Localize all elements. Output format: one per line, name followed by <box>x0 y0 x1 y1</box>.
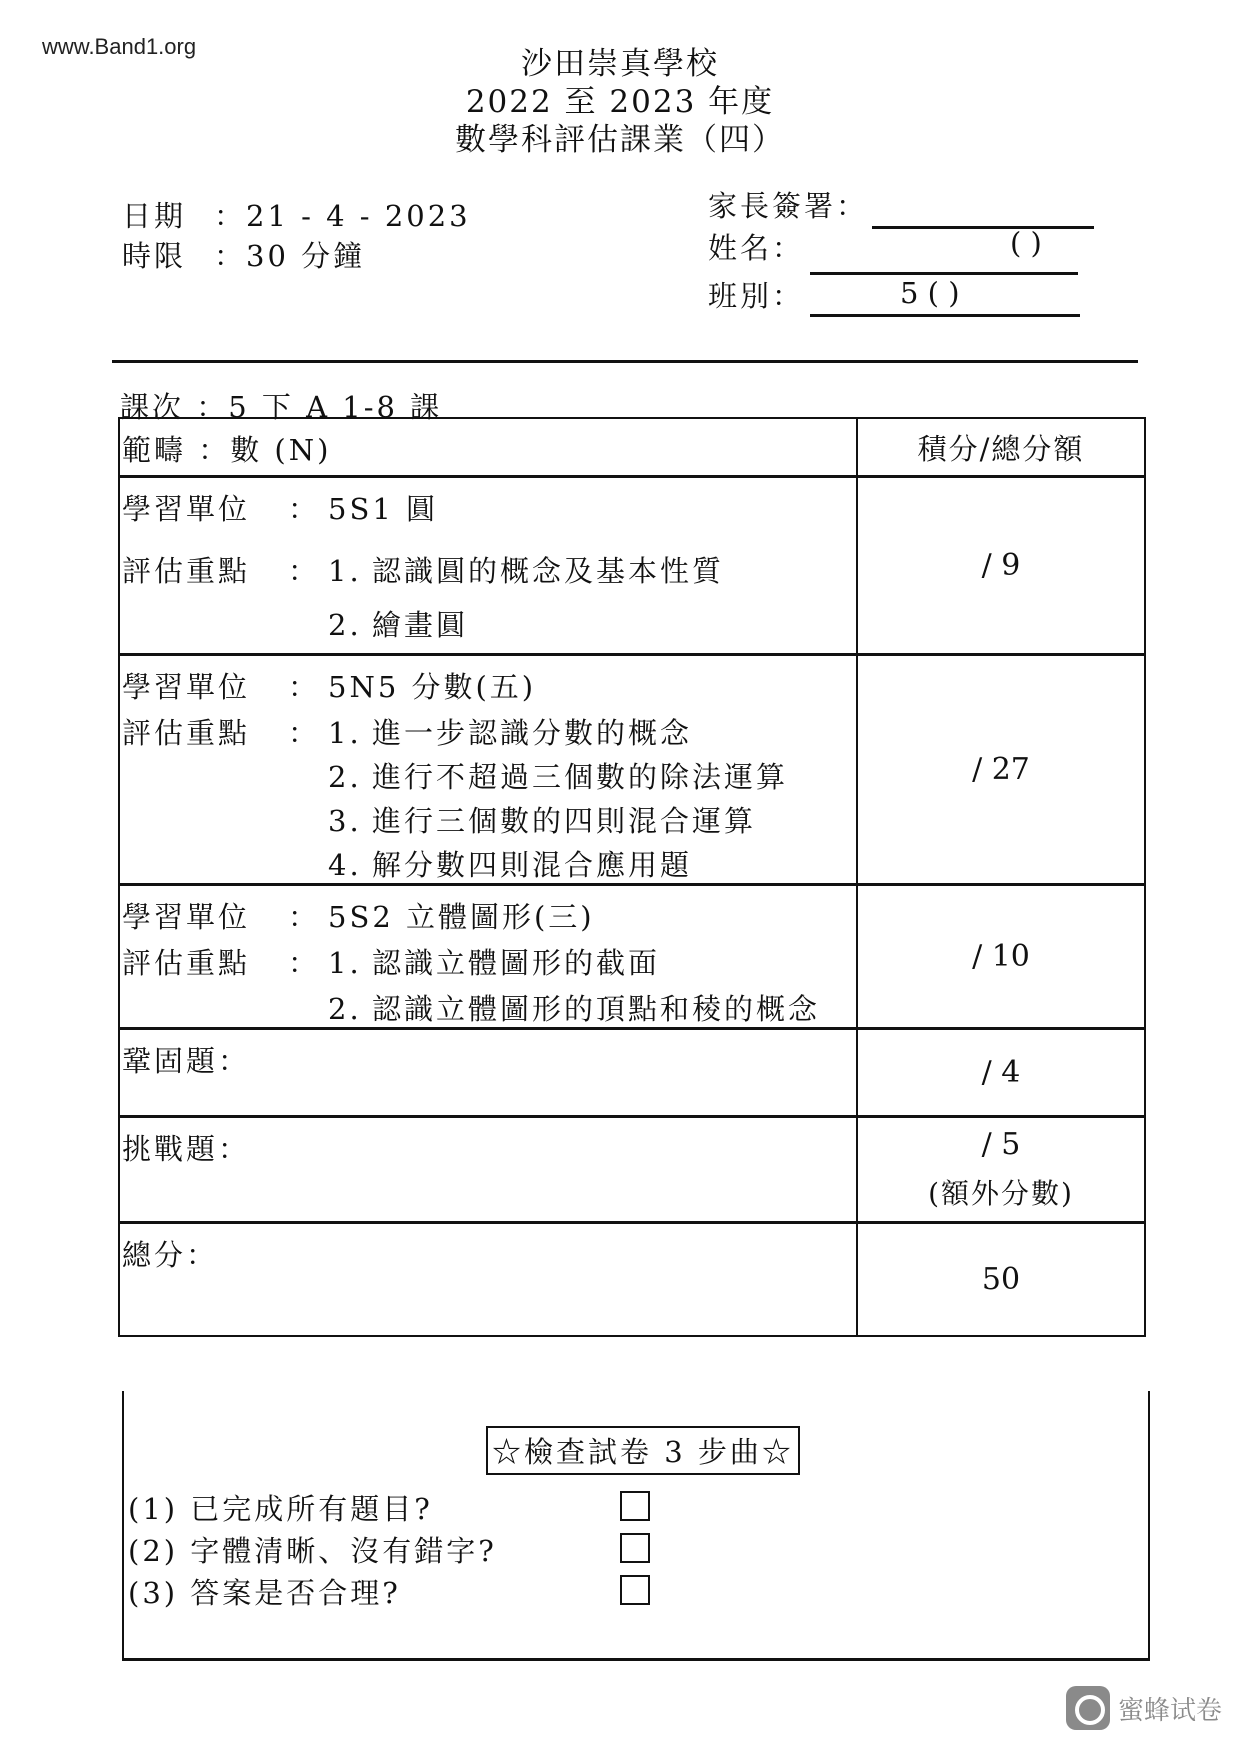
total-label: 總分： <box>122 1230 856 1284</box>
challenge-row: 挑戰題： / 5 (額外分數) <box>120 1115 1144 1221</box>
total-row: 總分： 50 <box>120 1221 1144 1335</box>
table-header-row: 範疇 ：數 (N) 積分/總分額 <box>120 419 1144 475</box>
consolidation-score: / 4 <box>858 1030 1144 1115</box>
checklist-item: (3) 答案是否合理? <box>128 1571 401 1612</box>
document-title: 數學科評估課業（四） <box>0 114 1240 159</box>
checkbox[interactable] <box>620 1575 650 1605</box>
challenge-cell: 挑戰題： <box>120 1118 858 1221</box>
focus-label: 評估重點 <box>122 546 288 596</box>
consolidation-label: 鞏固題： <box>122 1036 856 1090</box>
category-cell: 範疇 ：數 (N) <box>120 419 858 475</box>
challenge-label: 挑戰題： <box>122 1124 856 1178</box>
score-cell: / 9 <box>858 478 1144 653</box>
score-cell: / 27 <box>858 656 1144 883</box>
challenge-score-cell: / 5 (額外分數) <box>858 1118 1144 1221</box>
checklist-section: ☆檢查試卷 3 步曲☆ (1) 已完成所有題目? (2) 字體清晰、沒有錯字? … <box>122 1391 1150 1661</box>
focus-point: 進一步認識分數的概念 <box>372 716 692 750</box>
focus-label: 評估重點 <box>122 708 288 758</box>
total-cell: 總分： <box>120 1224 858 1335</box>
name-label: 姓名： <box>708 226 804 267</box>
unit-value: 5N5 分數(五) <box>328 670 536 704</box>
focus-point: 認識立體圖形的截面 <box>372 946 660 980</box>
total-score: 50 <box>858 1224 1144 1335</box>
class-label: 班別： <box>708 274 804 315</box>
date-label: 日期 <box>122 194 214 235</box>
watermark-text: 蜜蜂试卷 <box>1118 1690 1222 1727</box>
focus-label: 評估重點 <box>122 938 288 988</box>
table-row: 學習單位：5N5 分數(五) 評估重點：1.進一步認識分數的概念 2.進行不超過… <box>120 653 1144 883</box>
watermark-logo-icon <box>1066 1686 1110 1730</box>
time-row: 時限：30 分鐘 <box>122 234 365 275</box>
checkbox[interactable] <box>620 1491 650 1521</box>
table-row: 學習單位：5S1 圓 評估重點：1.認識圓的概念及基本性質 2.繪畫圓 / 9 <box>120 475 1144 653</box>
checklist-item: (1) 已完成所有題目? <box>128 1487 433 1528</box>
watermark: 蜜蜂试卷 <box>1066 1686 1222 1730</box>
focus-point: 進行不超過三個數的除法運算 <box>372 760 788 794</box>
focus-point: 認識立體圖形的頂點和稜的概念 <box>372 992 820 1026</box>
unit-label: 學習單位 <box>122 484 288 534</box>
unit-cell: 學習單位：5N5 分數(五) 評估重點：1.進一步認識分數的概念 2.進行不超過… <box>120 656 858 883</box>
parent-sign-label: 家長簽署： <box>708 184 868 225</box>
unit-value: 5S2 立體圖形(三) <box>328 900 595 934</box>
focus-point: 進行三個數的四則混合運算 <box>372 804 756 838</box>
checklist-item: (2) 字體清晰、沒有錯字? <box>128 1529 497 1570</box>
date-row: 日期：21 - 4 - 2023 <box>122 194 471 235</box>
parent-sign-field[interactable] <box>872 226 1094 229</box>
consolidation-row: 鞏固題： / 4 <box>120 1027 1144 1115</box>
divider <box>112 360 1138 363</box>
consolidation-cell: 鞏固題： <box>120 1030 858 1115</box>
name-value: ( ) <box>1010 226 1042 260</box>
time-label: 時限 <box>122 234 214 275</box>
category-label: 範疇 ：數 (N) <box>122 425 856 479</box>
assessment-table: 範疇 ：數 (N) 積分/總分額 學習單位：5S1 圓 評估重點：1.認識圓的概… <box>118 417 1146 1337</box>
focus-point: 認識圓的概念及基本性質 <box>372 554 724 588</box>
name-field[interactable] <box>810 272 1078 275</box>
unit-value: 5S1 圓 <box>328 492 438 526</box>
score-cell: / 10 <box>858 886 1144 1027</box>
checklist-title: ☆檢查試卷 3 步曲☆ <box>486 1426 800 1475</box>
class-field[interactable] <box>810 314 1080 317</box>
unit-cell: 學習單位：5S2 立體圖形(三) 評估重點：1.認識立體圖形的截面 2.認識立體… <box>120 886 858 1027</box>
unit-label: 學習單位 <box>122 892 288 942</box>
score-header: 積分/總分額 <box>858 419 1144 475</box>
focus-point: 繪畫圓 <box>372 608 468 642</box>
checkbox[interactable] <box>620 1533 650 1563</box>
time-value: ：30 分鐘 <box>214 239 365 273</box>
challenge-note: (額外分數) <box>928 1172 1074 1212</box>
challenge-score: / 5 <box>982 1127 1021 1162</box>
unit-label: 學習單位 <box>122 662 288 712</box>
unit-cell: 學習單位：5S1 圓 評估重點：1.認識圓的概念及基本性質 2.繪畫圓 <box>120 478 858 653</box>
focus-point: 解分數四則混合應用題 <box>372 848 692 882</box>
table-row: 學習單位：5S2 立體圖形(三) 評估重點：1.認識立體圖形的截面 2.認識立體… <box>120 883 1144 1027</box>
class-value: 5 ( ) <box>900 276 960 310</box>
date-value: ：21 - 4 - 2023 <box>214 199 471 233</box>
